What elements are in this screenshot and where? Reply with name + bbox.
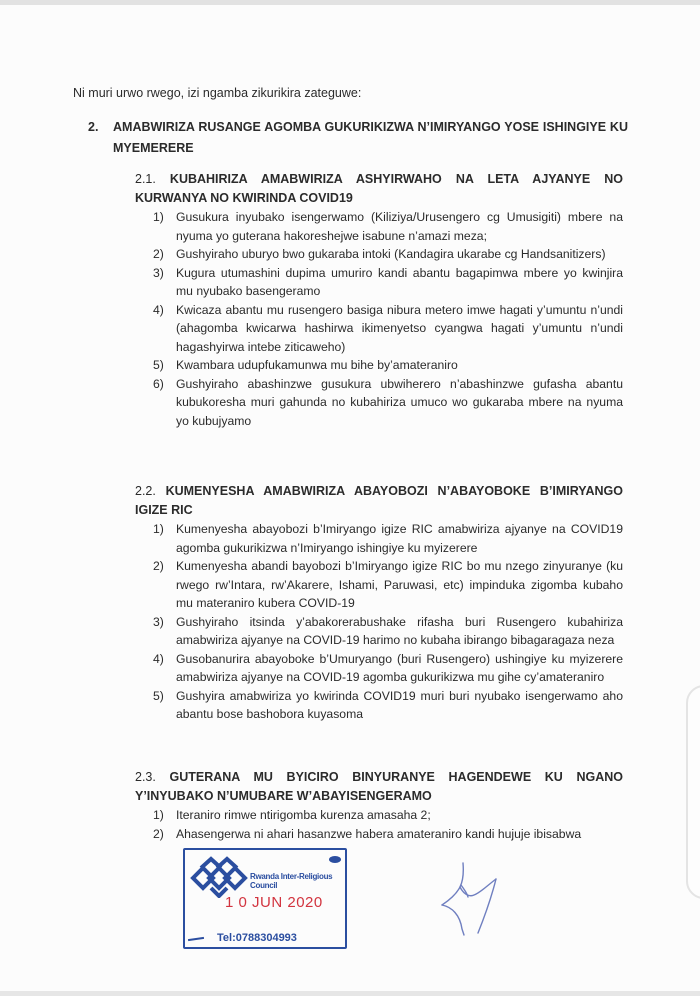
numbered-list: 1)Iteraniro rimwe ntirigomba kurenza ama… (135, 806, 623, 843)
numbered-list: 1)Kumenyesha abayobozi b’Imiryango igize… (135, 520, 623, 724)
list-item: 4)Gusobanurira abayoboke b’Umuryango (bu… (135, 650, 623, 687)
list-item-text: Gushyiraho uburyo bwo gukaraba intoki (K… (176, 247, 606, 261)
subsection-2-2: 2.2. KUMENYESHA AMABWIRIZA ABAYOBOZI N’A… (135, 482, 623, 724)
list-item: 1)Iteraniro rimwe ntirigomba kurenza ama… (135, 806, 623, 825)
intro-text: Ni muri urwo rwego, izi ngamba zikurikir… (73, 86, 361, 100)
photo-bottom-edge (0, 991, 700, 996)
list-item-number: 6) (153, 375, 164, 394)
stamp-telephone: Tel:0788304993 (217, 932, 297, 944)
list-item-text: Iteraniro rimwe ntirigomba kurenza amasa… (176, 808, 431, 822)
list-item: 6)Gushyiraho abashinzwe gusukura ubwiher… (135, 375, 623, 431)
list-item-number: 2) (153, 245, 164, 264)
subsection-heading: 2.3. GUTERANA MU BYICIRO BINYURANYE HAGE… (135, 768, 623, 806)
subsection-title: KUBAHIRIZA AMABWIRIZA ASHYIRWAHO NA LETA… (135, 172, 623, 205)
list-item: 4)Kwicaza abantu mu rusengero basiga nib… (135, 301, 623, 357)
list-item-number: 5) (153, 356, 164, 375)
list-item-text: Gushyiraho abashinzwe gusukura ubwiherer… (176, 377, 623, 428)
list-item-text: Gushyira amabwiriza yo kwirinda COVID19 … (176, 689, 623, 722)
subsection-title: GUTERANA MU BYICIRO BINYURANYE HAGENDEWE… (135, 770, 623, 803)
subsection-number: 2.3. (135, 770, 156, 784)
list-item-number: 3) (153, 613, 164, 632)
list-item-text: Kwicaza abantu mu rusengero basiga nibur… (176, 303, 623, 354)
list-item-number: 2) (153, 557, 164, 576)
ric-logo-icon (189, 856, 249, 898)
subsection-2-1: 2.1. KUBAHIRIZA AMABWIRIZA ASHYIRWAHO NA… (135, 170, 623, 430)
subsection-2-3: 2.3. GUTERANA MU BYICIRO BINYURANYE HAGE… (135, 768, 623, 843)
list-item-number: 4) (153, 301, 164, 320)
stamp-date: 1 0 JUN 2020 (225, 894, 323, 911)
signature-icon (440, 855, 510, 945)
list-item: 3)Kugura utumashini dupima umuriro kandi… (135, 264, 623, 301)
list-item-text: Kumenyesha abandi bayobozi b’Imiryango i… (176, 559, 623, 610)
stamp-dash (188, 937, 204, 941)
list-item: 1)Kumenyesha abayobozi b’Imiryango igize… (135, 520, 623, 557)
list-item-text: Kugura utumashini dupima umuriro kandi a… (176, 266, 623, 299)
list-item-text: Gusukura inyubako isengerwamo (Kiliziya/… (176, 210, 623, 243)
section-title: AMABWIRIZA RUSANGE AGOMBA GUKURIKIZWA N’… (88, 117, 628, 159)
list-item: 5)Gushyira amabwiriza yo kwirinda COVID1… (135, 687, 623, 724)
list-item: 2)Kumenyesha abandi bayobozi b’Imiryango… (135, 557, 623, 613)
official-stamp: Rwanda Inter-Religious Council 1 0 JUN 2… (183, 848, 347, 949)
page-fold-edge (686, 685, 700, 899)
section-number: 2. (88, 117, 113, 138)
list-item: 2)Ahasengerwa ni ahari hasanzwe habera a… (135, 825, 623, 844)
list-item-number: 4) (153, 650, 164, 669)
list-item-number: 2) (153, 825, 164, 844)
stamp-dot (329, 856, 341, 863)
list-item: 2)Gushyiraho uburyo bwo gukaraba intoki … (135, 245, 623, 264)
list-item: 5)Kwambara udupfukamunwa mu bihe by’amat… (135, 356, 623, 375)
subsection-heading: 2.1. KUBAHIRIZA AMABWIRIZA ASHYIRWAHO NA… (135, 170, 623, 208)
list-item-number: 1) (153, 520, 164, 539)
list-item-number: 3) (153, 264, 164, 283)
subsection-heading: 2.2. KUMENYESHA AMABWIRIZA ABAYOBOZI N’A… (135, 482, 623, 520)
list-item-text: Ahasengerwa ni ahari hasanzwe habera ama… (176, 827, 581, 841)
list-item-text: Gusobanurira abayoboke b’Umuryango (buri… (176, 652, 623, 685)
list-item-text: Kumenyesha abayobozi b’Imiryango igize R… (176, 522, 623, 555)
section-heading: 2. AMABWIRIZA RUSANGE AGOMBA GUKURIKIZWA… (88, 117, 628, 159)
subsection-number: 2.2. (135, 484, 156, 498)
list-item: 3)Gushyiraho itsinda y’abakorerabushake … (135, 613, 623, 650)
list-item-text: Kwambara udupfukamunwa mu bihe by’amater… (176, 358, 458, 372)
numbered-list: 1)Gusukura inyubako isengerwamo (Kiliziy… (135, 208, 623, 430)
stamp-organization: Rwanda Inter-Religious Council (250, 872, 345, 890)
list-item: 1)Gusukura inyubako isengerwamo (Kiliziy… (135, 208, 623, 245)
subsection-number: 2.1. (135, 172, 156, 186)
list-item-number: 5) (153, 687, 164, 706)
list-item-number: 1) (153, 208, 164, 227)
list-item-text: Gushyiraho itsinda y’abakorerabushake ri… (176, 615, 623, 648)
subsection-title: KUMENYESHA AMABWIRIZA ABAYOBOZI N’ABAYOB… (135, 484, 623, 517)
list-item-number: 1) (153, 806, 164, 825)
